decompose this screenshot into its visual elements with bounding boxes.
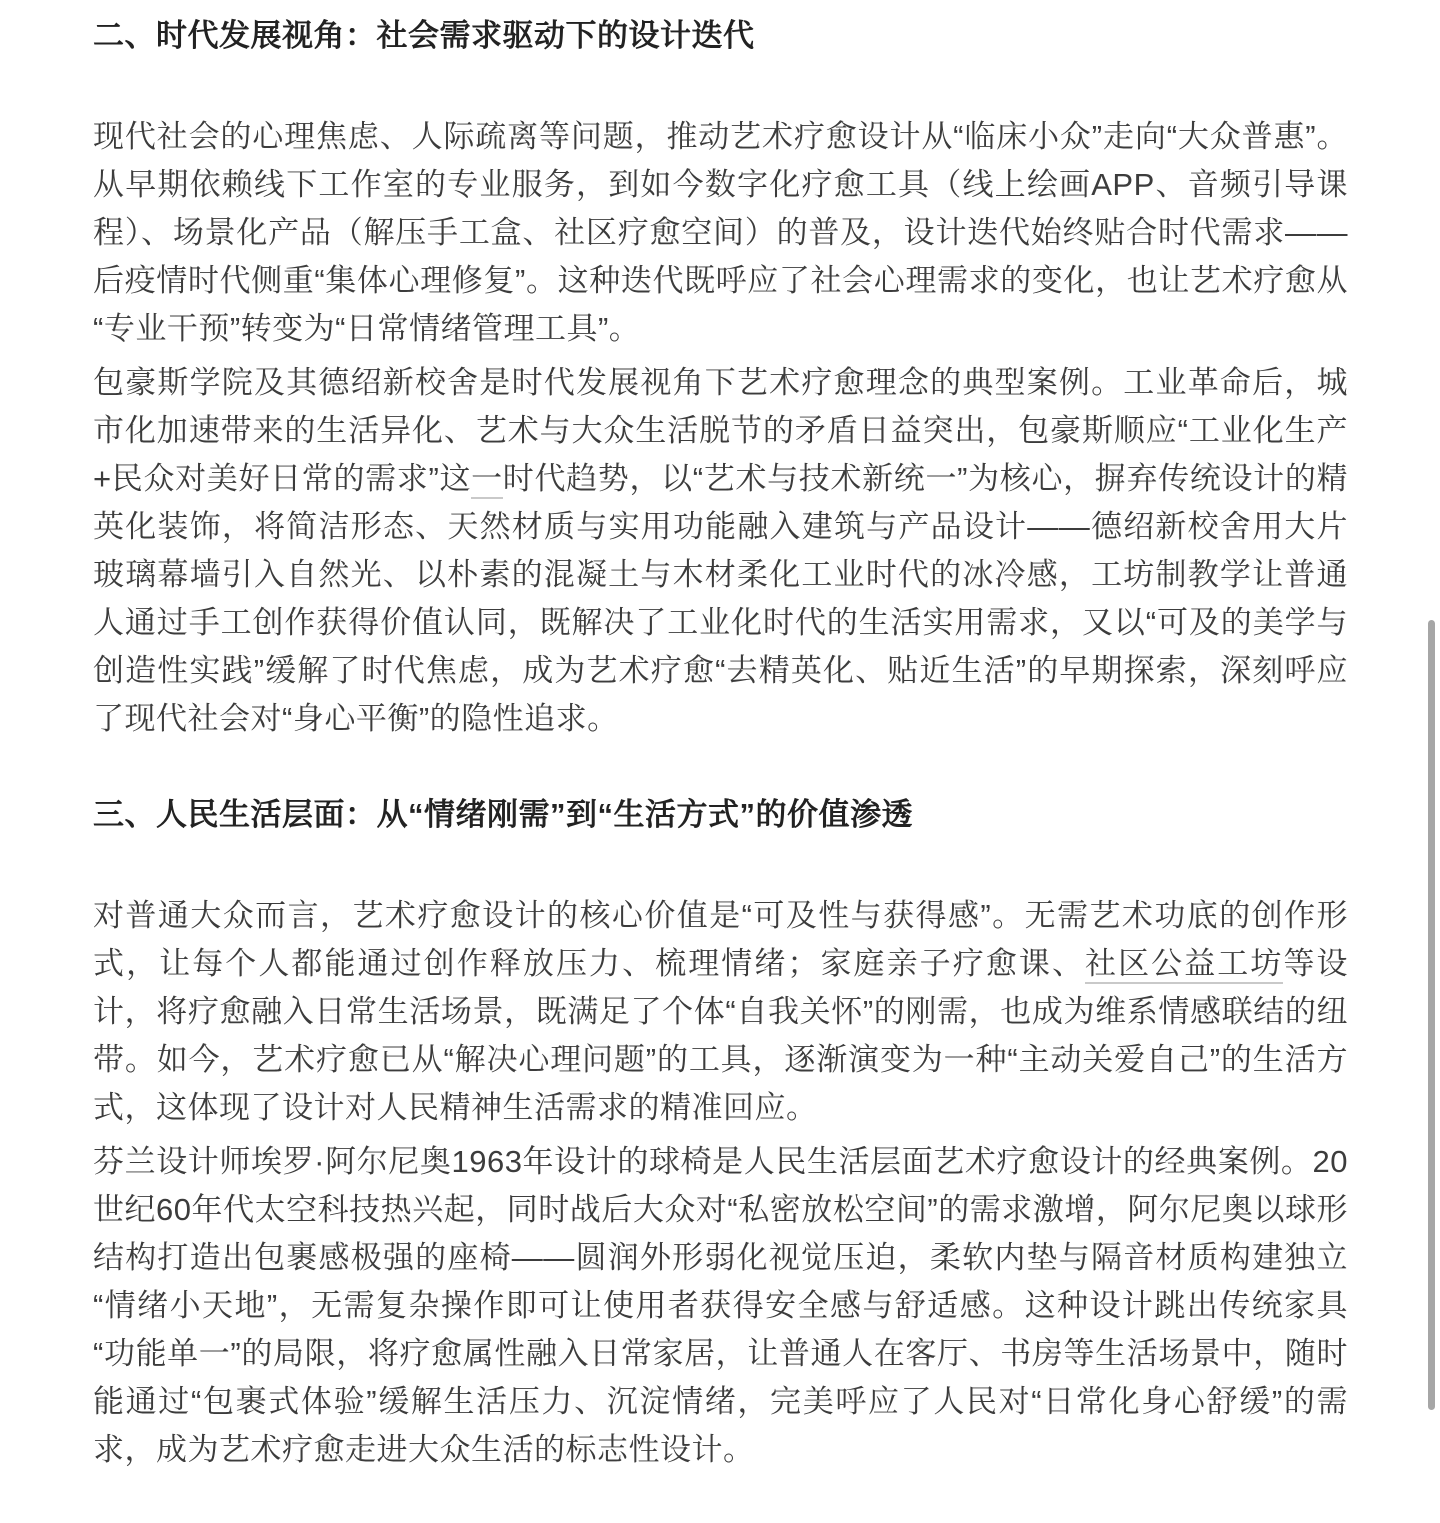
underlined-text: 社区公益工坊	[1085, 946, 1283, 984]
section-paragraphs: 对普通大众而言，艺术疗愈设计的核心价值是“可及性与获得感”。无需艺术功底的创作形…	[93, 892, 1348, 1474]
underlined-text: 一	[471, 461, 503, 499]
text-run: 现代社会的心理焦虑、人际疏离等问题，推动艺术疗愈设计从“临床小众”走向“大众普惠…	[93, 119, 1348, 346]
document-content: 二、时代发展视角：社会需求驱动下的设计迭代现代社会的心理焦虑、人际疏离等问题，推…	[0, 0, 1440, 1520]
text-run: 芬兰设计师埃罗·阿尔尼奥1963年设计的球椅是人民生活层面艺术疗愈设计的经典案例…	[93, 1144, 1348, 1467]
section-heading: 二、时代发展视角：社会需求驱动下的设计迭代	[93, 16, 1348, 56]
section-2: 三、人民生活层面：从“情绪刚需”到“生活方式”的价值渗透对普通大众而言，艺术疗愈…	[93, 795, 1348, 1474]
paragraph: 芬兰设计师埃罗·阿尔尼奥1963年设计的球椅是人民生活层面艺术疗愈设计的经典案例…	[93, 1138, 1348, 1474]
paragraph: 对普通大众而言，艺术疗愈设计的核心价值是“可及性与获得感”。无需艺术功底的创作形…	[93, 892, 1348, 1132]
section-1: 二、时代发展视角：社会需求驱动下的设计迭代现代社会的心理焦虑、人际疏离等问题，推…	[93, 16, 1348, 743]
text-run: 时代趋势，以“艺术与技术新统一”为核心，摒弃传统设计的精英化装饰，将简洁形态、天…	[93, 461, 1348, 736]
paragraph: 包豪斯学院及其德绍新校舍是时代发展视角下艺术疗愈理念的典型案例。工业革命后，城市…	[93, 359, 1348, 743]
paragraph: 现代社会的心理焦虑、人际疏离等问题，推动艺术疗愈设计从“临床小众”走向“大众普惠…	[93, 113, 1348, 353]
section-heading: 三、人民生活层面：从“情绪刚需”到“生活方式”的价值渗透	[93, 795, 1348, 835]
scrollbar-thumb[interactable]	[1428, 620, 1435, 1410]
section-paragraphs: 现代社会的心理焦虑、人际疏离等问题，推动艺术疗愈设计从“临床小众”走向“大众普惠…	[93, 113, 1348, 743]
